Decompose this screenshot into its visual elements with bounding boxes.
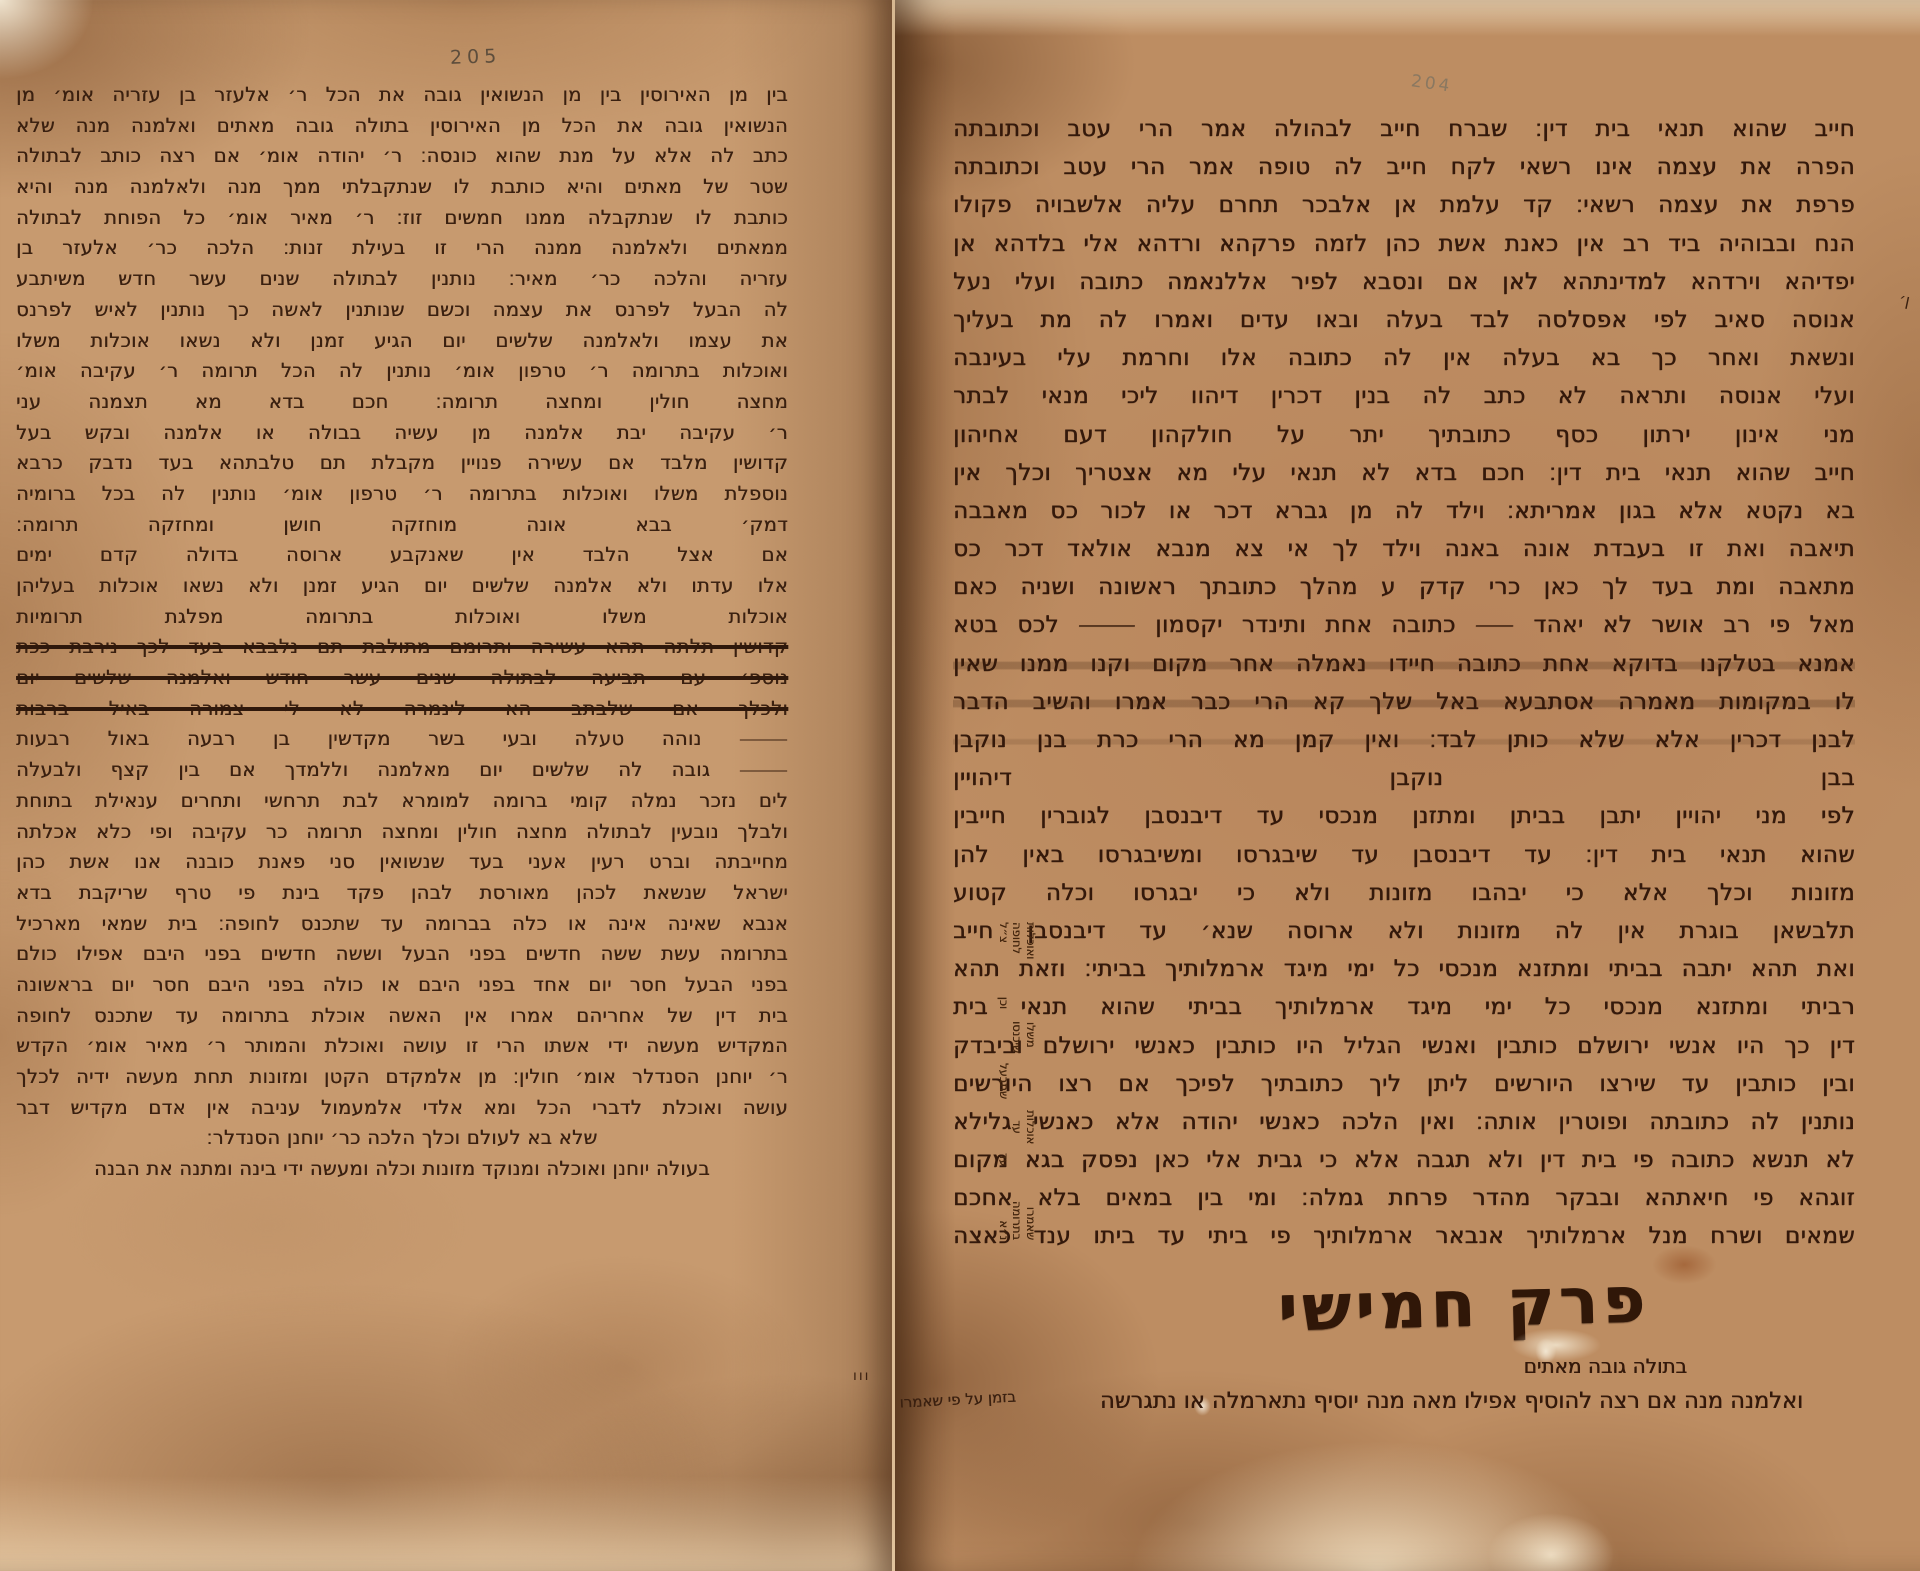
manuscript-line: שהוא תנאי בית דין׃ עד דיבנסבן עד שיבגרסו… bbox=[953, 836, 1855, 874]
manuscript-line: לה הבעל לפרנס את עצמה וכשם שנותנין לאשה … bbox=[16, 295, 788, 326]
manuscript-line: רביתי ומתזנא מנכסי כל ימי מיגד ארמלותיך … bbox=[953, 988, 1855, 1026]
manuscript-line: לפי מני יהויין יתבן בביתן ומתזנן מנכסי ע… bbox=[953, 797, 1855, 835]
manuscript-line: קדושין מלבד אם עשירה פנויין מקבלת תם טלב… bbox=[16, 448, 788, 479]
manuscript-line: את עצמו ולאלמנה שלשים יום הגיע זמנן ולא … bbox=[16, 326, 788, 357]
margin-note-rotated: שאמרו אוכלות משלו ואוכלותבתרומה עד שיכנס… bbox=[987, 922, 1037, 1240]
manuscript-line: בבן נוקבן דיהויין bbox=[953, 759, 1855, 797]
manuscript-line: דין כך היו אנשי ירושלם כותבין ואנשי הגלי… bbox=[953, 1027, 1855, 1065]
manuscript-line: יפדיהא וירדהא למדינתהא לאן אם ונסבא לפיר… bbox=[953, 263, 1855, 301]
manuscript-line: מני אינון ירתון כסף כתובתיך יתר על חולקה… bbox=[953, 416, 1855, 454]
manuscript-line: כותבת לו שנתקבלה ממנו חמשים זוז׃ ר׳ מאיר… bbox=[16, 203, 788, 234]
manuscript-line: נותנין לה כתובתה ופוטרין אותה׃ ואין הלכה… bbox=[953, 1103, 1855, 1141]
manuscript-line: פרפת את עצמה רשאי׃ קד עלמת אן אלבכר תחרם… bbox=[953, 186, 1855, 224]
manuscript-line: עזריה והלכה כר׳ מאיר׃ נותנין לבתולה שנים… bbox=[16, 264, 788, 295]
manuscript-line: לו במקומות מאמרה אסתבעא באל שלך קא הרי כ… bbox=[953, 683, 1855, 721]
manuscript-line: לבנן דכרין אלא שלא כותן לבד׃ ואין קמן מא… bbox=[953, 721, 1855, 759]
manuscript-line: מחצה חולין ומחצה תרומה׃ חכם בדא מא תצמנה… bbox=[16, 387, 788, 418]
manuscript-line: כתב לה אלא על מנת שהוא כונסה׃ ר׳ יהודה א… bbox=[16, 141, 788, 172]
manuscript-line: ⸻ נוהה טעלה ובעי בשר מקדשין בן רבעה באול… bbox=[16, 724, 788, 755]
paper-damage-spot bbox=[1507, 1326, 1605, 1364]
manuscript-line: אמנא בטלקנו בדוקא אחת כתובה חיידו נאמלה … bbox=[953, 645, 1855, 683]
folio-number-left: 205 bbox=[450, 45, 502, 69]
manuscript-line: ולכלך אם שלבתב הא לינמרה לא לי צמורה באי… bbox=[16, 694, 788, 725]
manuscript-line: לא תנשא כתובה פי בית דין ולא תגבה אלא כי… bbox=[953, 1141, 1855, 1179]
margin-note-line: בתרומה עד שיכנסו לחופה bbox=[1010, 922, 1024, 1240]
manuscript-line: בין מן האירוסין בין מן הנשואין גובה את ה… bbox=[16, 80, 788, 111]
manuscript-line: אוכלות משלו ואוכלות בתרומה מפלגת תרומיות bbox=[16, 602, 788, 633]
manuscript-line: קדושין תלתה תהא עשירה ותרומם מתולבת תם נ… bbox=[16, 632, 788, 663]
manuscript-line: הנח ובבוהיה ביד רב אין כאנת אשת כהן לזמה… bbox=[953, 225, 1855, 263]
manuscript-line: ואת תהא יתבה בביתי ומתזנא מנכסי כל ימי מ… bbox=[953, 950, 1855, 988]
manuscript-line: נוספלת משלו ואוכלות בתרומה ר׳ טרפון אומ׳… bbox=[16, 479, 788, 510]
manuscript-line: זוגהא פי חיאתהא ובבקר מהדר פרחת גמלה׃ ומ… bbox=[953, 1179, 1855, 1217]
manuscript-line: ואלמנה מנה אם רצה להוסיף אפילו מאה מנה י… bbox=[1163, 1382, 1803, 1420]
manuscript-photo: 205 בין מן האירוסין בין מן הנשואין גובה … bbox=[0, 0, 1920, 1571]
manuscript-line: חייב שהוא תנאי בית דין׃ שברח חייב לבהולה… bbox=[953, 110, 1855, 148]
margin-note-area: שאמרו אוכלות משלו ואוכלותבתרומה עד שיכנס… bbox=[987, 922, 1037, 1240]
manuscript-line: בעולה יוחנן ואוכלה ומנוקד מזונות וכלה ומ… bbox=[70, 1154, 734, 1185]
manuscript-line: הפרה את עצמה אינו רשאי לקח חייב לה טופה … bbox=[953, 148, 1855, 186]
manuscript-line: ונשאת ואחר כך בא בעלה אין לה כתובה אלו ו… bbox=[953, 339, 1855, 377]
right-page-text-block: חייב שהוא תנאי בית דין׃ שברח חייב לבהולה… bbox=[953, 110, 1855, 1420]
manuscript-line: תלבשאן בוגרת אין לה מזונות ולא ארוסה שנא… bbox=[953, 912, 1855, 950]
manuscript-line: ממאתים ולאלמנה ממנה הרי זו בעילת זנות׃ ה… bbox=[16, 233, 788, 264]
post-heading-lines: בתולה גובה מאתיםואלמנה מנה אם רצה להוסיף… bbox=[953, 1350, 1855, 1420]
manuscript-line: ⸻ גובה לה שלשים יום מאלמנה וללמדך אם בין… bbox=[16, 755, 788, 786]
manuscript-line: בית דין של אחריהם אמרו אין האשה אוכלת בת… bbox=[16, 1001, 788, 1032]
manuscript-line: נוספ׳ עם תביעה לבתולה שנים עשר חודש ואלמ… bbox=[16, 663, 788, 694]
manuscript-line: הנשואין גובה את הכל מן האירוסין בתולה גו… bbox=[16, 111, 788, 142]
right-page: 204 חייב שהוא תנאי בית דין׃ שברח חייב לב… bbox=[895, 0, 1920, 1571]
right-page-lines: חייב שהוא תנאי בית דין׃ שברח חייב לבהולה… bbox=[953, 110, 1855, 1256]
manuscript-line: מאל פי רב אושר לא יאהד ⸺ כתובה אחת ותינד… bbox=[953, 606, 1855, 644]
manuscript-line: אם אצל הלבד אין שאנקבע ארוסה בדולה קדם י… bbox=[16, 540, 788, 571]
manuscript-line: מתאבה ומת בעד לך כאן כרי קדק ע מהלך כתוב… bbox=[953, 568, 1855, 606]
folio-number-right: 204 bbox=[1410, 71, 1454, 97]
left-page-text-block: בין מן האירוסין בין מן הנשואין גובה את ה… bbox=[16, 80, 788, 1185]
gutter-pen-mark: ווו bbox=[853, 1368, 870, 1384]
manuscript-line: ועלי אנוסה ותראה לא כתב לה בנין דכרין די… bbox=[953, 377, 1855, 415]
margin-note-line: שאמרו אוכלות משלו ואוכלות bbox=[1024, 922, 1038, 1240]
manuscript-line: אלו עדתו ולא אלמנה שלשים יום הגיע זמנן ו… bbox=[16, 571, 788, 602]
manuscript-line: שלא בא לעולם וכלך הלכה כר׳ יוחנן הסנדלר׃ bbox=[70, 1123, 734, 1154]
manuscript-line: ולבלך נובעין לבתולה מחצה חולין ומחצה תרו… bbox=[16, 817, 788, 848]
manuscript-line: ישראל שנשאת לכהן מאורסת לבהן פקד בינת פי… bbox=[16, 878, 788, 909]
manuscript-line: בפני הבעל חסר יום אחד בפני היבם או כולה … bbox=[16, 970, 788, 1001]
manuscript-line: בא נקטא אלא בגון אמריתא׃ וילד לה מן גברא… bbox=[953, 492, 1855, 530]
left-page: 205 בין מן האירוסין בין מן הנשואין גובה … bbox=[0, 0, 895, 1571]
manuscript-line: ואוכלות בתרומה ר׳ טרפון אומ׳ נותנין לה ה… bbox=[16, 356, 788, 387]
manuscript-line: מזונות וכלך אלא כי יבהבו מזונות ולא כי י… bbox=[953, 874, 1855, 912]
manuscript-line: חייב שהוא תנאי בית דין׃ חכם בדא לא תנאי … bbox=[953, 454, 1855, 492]
manuscript-line: דמק׳ בבא אונה מוחזקה חושן ומחזקה תרומה׃ bbox=[16, 510, 788, 541]
manuscript-line: מחייבתה וברט רעין אעני בעד שנשואין סני פ… bbox=[16, 847, 788, 878]
manuscript-line: ר׳ עקיבה יבת אלמנה מן עשיה בבולה או אלמנ… bbox=[16, 418, 788, 449]
manuscript-line: ובין כותבין עד שירצו היורשים ליתן ליך כת… bbox=[953, 1065, 1855, 1103]
manuscript-line: אנבא שאינה אינה או כלה בברומה עד שתכנס ל… bbox=[16, 909, 788, 940]
manuscript-line: שטר של מאתים והיא כותבת לו שנתקבלתי ממך … bbox=[16, 172, 788, 203]
manuscript-line: תיאבה ואת זו בעבדת אונה באנה וילד לך אי … bbox=[953, 530, 1855, 568]
manuscript-line: בתרומה עשת ששה חדשים בפני הבעל וששה חדשי… bbox=[16, 939, 788, 970]
manuscript-line: לים נזכר נמלה קומי ברומה למומרא לבת תרחש… bbox=[16, 786, 788, 817]
manuscript-line: אנוסה סאיב לפי אפסלסה לבד בעלה ובאו עדים… bbox=[953, 301, 1855, 339]
manuscript-line: עושה ואוכלת לדברי הכל ומא אלדי אלמעמול ע… bbox=[16, 1093, 788, 1124]
manuscript-line: שמאים ושרח מנל ארמלותיך אנבאר ארמלותיך פ… bbox=[953, 1217, 1855, 1255]
manuscript-line: המקדיש מעשה ידי אשתו הרי זו עושה ואוכלת … bbox=[16, 1031, 788, 1062]
manuscript-line: ר׳ יוחנן הסנדלר אומ׳ חולין׃ מן אלמקדם הק… bbox=[16, 1062, 788, 1093]
margin-note-line: נ״א עד שתבעל וכן צ״ל bbox=[997, 922, 1011, 1240]
